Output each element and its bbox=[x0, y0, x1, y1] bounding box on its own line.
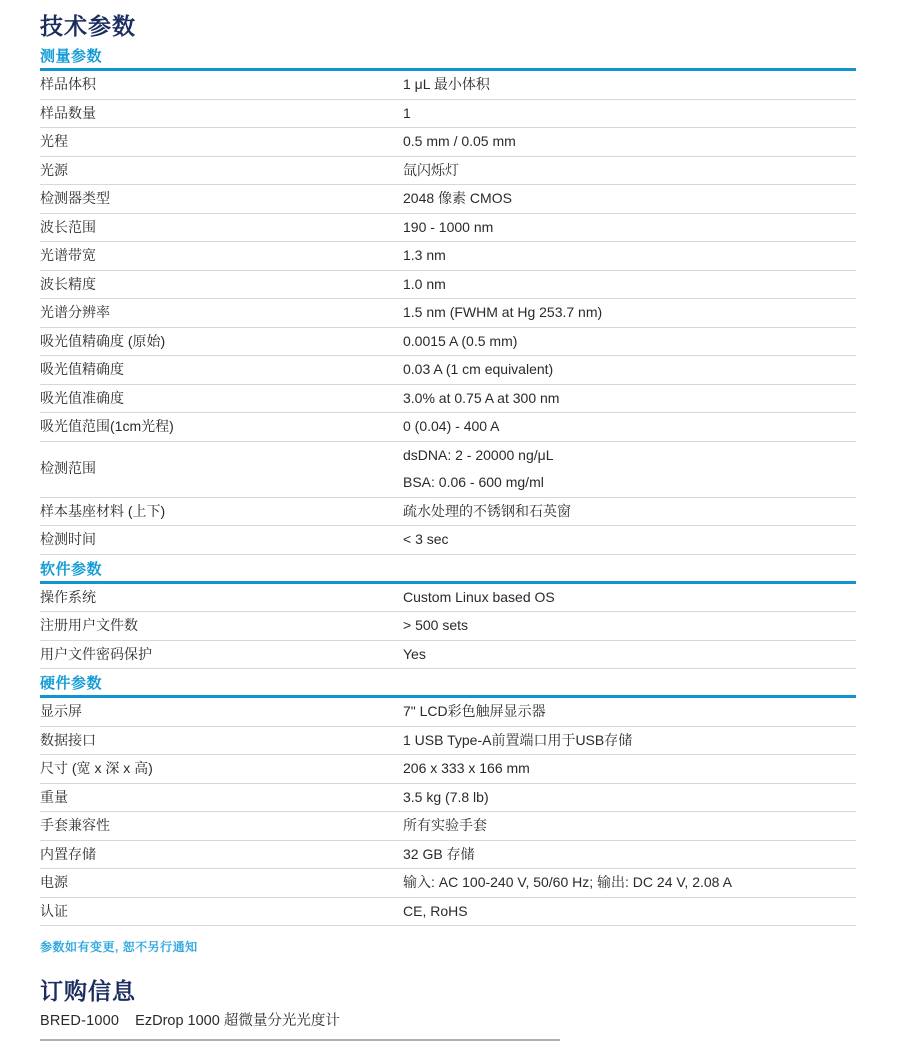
spec-row: 样品数量1 bbox=[40, 100, 856, 129]
spec-value-line: 1 bbox=[403, 100, 856, 128]
spec-row: 认证CE, RoHS bbox=[40, 898, 856, 927]
spec-value: Yes bbox=[403, 641, 856, 669]
spec-label: 认证 bbox=[40, 898, 403, 926]
section-hardware-header: 硬件参数 bbox=[40, 675, 856, 698]
spec-value-line: 1 μL 最小体积 bbox=[403, 71, 856, 99]
spec-label: 尺寸 (宽 x 深 x 高) bbox=[40, 755, 403, 783]
spec-label: 波长范围 bbox=[40, 214, 403, 242]
spec-label: 吸光值精确度 (原始) bbox=[40, 328, 403, 356]
spec-row: 重量3.5 kg (7.8 lb) bbox=[40, 784, 856, 813]
spec-row: 光程0.5 mm / 0.05 mm bbox=[40, 128, 856, 157]
spec-value: 所有实验手套 bbox=[403, 812, 856, 840]
spec-value-line: Custom Linux based OS bbox=[403, 584, 856, 612]
spec-label: 光源 bbox=[40, 157, 403, 185]
spec-value-line: 1.0 nm bbox=[403, 271, 856, 299]
spec-value: 0 (0.04) - 400 A bbox=[403, 413, 856, 441]
spec-label: 检测范围 bbox=[40, 455, 403, 483]
spec-value: 7" LCD彩色触屏显示器 bbox=[403, 698, 856, 726]
spec-row: 操作系统Custom Linux based OS bbox=[40, 584, 856, 613]
spec-value: dsDNA: 2 - 20000 ng/μLBSA: 0.06 - 600 mg… bbox=[403, 442, 856, 497]
spec-value: 1 μL 最小体积 bbox=[403, 71, 856, 99]
spec-row: 检测范围dsDNA: 2 - 20000 ng/μLBSA: 0.06 - 60… bbox=[40, 442, 856, 498]
change-without-notice-note: 参数如有变更, 恕不另行通知 bbox=[40, 938, 856, 955]
spec-value: 3.0% at 0.75 A at 300 nm bbox=[403, 385, 856, 413]
spec-value-line: 0.0015 A (0.5 mm) bbox=[403, 328, 856, 356]
ordering-info-title: 订购信息 bbox=[40, 977, 856, 1005]
spec-value: 206 x 333 x 166 mm bbox=[403, 755, 856, 783]
spec-value-line: 190 - 1000 nm bbox=[403, 214, 856, 242]
spec-row: 波长精度1.0 nm bbox=[40, 271, 856, 300]
spec-value: 1.0 nm bbox=[403, 271, 856, 299]
spec-value: Custom Linux based OS bbox=[403, 584, 856, 612]
spec-row: 内置存储32 GB 存储 bbox=[40, 841, 856, 870]
spec-value-line: 所有实验手套 bbox=[403, 812, 856, 840]
spec-row: 光谱分辨率1.5 nm (FWHM at Hg 253.7 nm) bbox=[40, 299, 856, 328]
spec-value-line: 1.5 nm (FWHM at Hg 253.7 nm) bbox=[403, 299, 856, 327]
spec-label: 注册用户文件数 bbox=[40, 612, 403, 640]
spec-sheet-page: 技术参数 测量参数 样品体积1 μL 最小体积样品数量1光程0.5 mm / 0… bbox=[0, 0, 900, 1044]
software-spec-table: 操作系统Custom Linux based OS注册用户文件数> 500 se… bbox=[40, 584, 856, 670]
spec-row: 吸光值准确度3.0% at 0.75 A at 300 nm bbox=[40, 385, 856, 414]
spec-value: 3.5 kg (7.8 lb) bbox=[403, 784, 856, 812]
section-software: 软件参数 操作系统Custom Linux based OS注册用户文件数> 5… bbox=[40, 561, 856, 670]
spec-value: 0.5 mm / 0.05 mm bbox=[403, 128, 856, 156]
spec-value-line: 疏水处理的不锈钢和石英窗 bbox=[403, 498, 856, 526]
spec-value: 190 - 1000 nm bbox=[403, 214, 856, 242]
spec-label: 吸光值精确度 bbox=[40, 356, 403, 384]
ordering-item-row: BRED-1000EzDrop 1000 超微量分光光度计 bbox=[40, 1011, 856, 1032]
spec-value-line: 0.03 A (1 cm equivalent) bbox=[403, 356, 856, 384]
spec-row: 光源氙闪烁灯 bbox=[40, 157, 856, 186]
spec-row: 显示屏7" LCD彩色触屏显示器 bbox=[40, 698, 856, 727]
spec-value-line: 3.5 kg (7.8 lb) bbox=[403, 784, 856, 812]
spec-row: 尺寸 (宽 x 深 x 高)206 x 333 x 166 mm bbox=[40, 755, 856, 784]
spec-row: 吸光值范围(1cm光程)0 (0.04) - 400 A bbox=[40, 413, 856, 442]
spec-row: 样品体积1 μL 最小体积 bbox=[40, 71, 856, 100]
spec-value-line: 1 USB Type-A前置端口用于USB存储 bbox=[403, 727, 856, 755]
spec-label: 光谱带宽 bbox=[40, 242, 403, 270]
spec-row: 检测器类型2048 像素 CMOS bbox=[40, 185, 856, 214]
spec-value-line: Yes bbox=[403, 641, 856, 669]
spec-value: < 3 sec bbox=[403, 526, 856, 554]
ordering-divider bbox=[40, 1039, 560, 1041]
spec-label: 检测器类型 bbox=[40, 185, 403, 213]
spec-value: 疏水处理的不锈钢和石英窗 bbox=[403, 498, 856, 526]
spec-row: 数据接口1 USB Type-A前置端口用于USB存储 bbox=[40, 727, 856, 756]
spec-value: 32 GB 存储 bbox=[403, 841, 856, 869]
spec-row: 吸光值精确度0.03 A (1 cm equivalent) bbox=[40, 356, 856, 385]
section-measurement-header: 测量参数 bbox=[40, 48, 856, 71]
spec-row: 检测时间< 3 sec bbox=[40, 526, 856, 555]
spec-value-line: dsDNA: 2 - 20000 ng/μL bbox=[403, 442, 856, 470]
section-measurement: 测量参数 样品体积1 μL 最小体积样品数量1光程0.5 mm / 0.05 m… bbox=[40, 48, 856, 555]
spec-value-line: CE, RoHS bbox=[403, 898, 856, 926]
spec-label: 电源 bbox=[40, 869, 403, 897]
spec-label: 操作系统 bbox=[40, 584, 403, 612]
spec-label: 用户文件密码保护 bbox=[40, 641, 403, 669]
spec-value: 1.3 nm bbox=[403, 242, 856, 270]
spec-label: 波长精度 bbox=[40, 271, 403, 299]
spec-label: 样品体积 bbox=[40, 71, 403, 99]
spec-value: > 500 sets bbox=[403, 612, 856, 640]
spec-row: 光谱带宽1.3 nm bbox=[40, 242, 856, 271]
spec-label: 光程 bbox=[40, 128, 403, 156]
spec-row: 手套兼容性所有实验手套 bbox=[40, 812, 856, 841]
spec-label: 数据接口 bbox=[40, 727, 403, 755]
spec-value-line: 2048 像素 CMOS bbox=[403, 185, 856, 213]
tech-parameters-title: 技术参数 bbox=[40, 12, 856, 40]
spec-value: 2048 像素 CMOS bbox=[403, 185, 856, 213]
spec-value: 输入: AC 100-240 V, 50/60 Hz; 输出: DC 24 V,… bbox=[403, 869, 856, 897]
spec-label: 内置存储 bbox=[40, 841, 403, 869]
spec-row: 样本基座材料 (上下)疏水处理的不锈钢和石英窗 bbox=[40, 498, 856, 527]
spec-value-line: 氙闪烁灯 bbox=[403, 157, 856, 185]
spec-value: 0.0015 A (0.5 mm) bbox=[403, 328, 856, 356]
spec-label: 吸光值准确度 bbox=[40, 385, 403, 413]
spec-value: 1 bbox=[403, 100, 856, 128]
spec-label: 检测时间 bbox=[40, 526, 403, 554]
spec-value: 1 USB Type-A前置端口用于USB存储 bbox=[403, 727, 856, 755]
spec-value: 0.03 A (1 cm equivalent) bbox=[403, 356, 856, 384]
spec-label: 光谱分辨率 bbox=[40, 299, 403, 327]
section-hardware: 硬件参数 显示屏7" LCD彩色触屏显示器数据接口1 USB Type-A前置端… bbox=[40, 675, 856, 926]
spec-value-line: 3.0% at 0.75 A at 300 nm bbox=[403, 385, 856, 413]
spec-value: 氙闪烁灯 bbox=[403, 157, 856, 185]
spec-row: 电源输入: AC 100-240 V, 50/60 Hz; 输出: DC 24 … bbox=[40, 869, 856, 898]
spec-value-line: BSA: 0.06 - 600 mg/ml bbox=[403, 469, 856, 497]
spec-row: 吸光值精确度 (原始)0.0015 A (0.5 mm) bbox=[40, 328, 856, 357]
spec-value-line: < 3 sec bbox=[403, 526, 856, 554]
spec-label: 吸光值范围(1cm光程) bbox=[40, 413, 403, 441]
spec-value-line: 1.3 nm bbox=[403, 242, 856, 270]
spec-value-line: 0 (0.04) - 400 A bbox=[403, 413, 856, 441]
ordering-product-name: EzDrop 1000 超微量分光光度计 bbox=[135, 1013, 340, 1029]
spec-value-line: 7" LCD彩色触屏显示器 bbox=[403, 698, 856, 726]
spec-label: 重量 bbox=[40, 784, 403, 812]
section-software-header: 软件参数 bbox=[40, 561, 856, 584]
spec-value-line: 输入: AC 100-240 V, 50/60 Hz; 输出: DC 24 V,… bbox=[403, 869, 856, 897]
spec-row: 波长范围190 - 1000 nm bbox=[40, 214, 856, 243]
spec-value-line: > 500 sets bbox=[403, 612, 856, 640]
spec-row: 用户文件密码保护Yes bbox=[40, 641, 856, 670]
spec-label: 显示屏 bbox=[40, 698, 403, 726]
measurement-spec-table: 样品体积1 μL 最小体积样品数量1光程0.5 mm / 0.05 mm光源氙闪… bbox=[40, 71, 856, 555]
spec-row: 注册用户文件数> 500 sets bbox=[40, 612, 856, 641]
spec-label: 样本基座材料 (上下) bbox=[40, 498, 403, 526]
spec-value: 1.5 nm (FWHM at Hg 253.7 nm) bbox=[403, 299, 856, 327]
spec-label: 样品数量 bbox=[40, 100, 403, 128]
spec-value-line: 0.5 mm / 0.05 mm bbox=[403, 128, 856, 156]
spec-label: 手套兼容性 bbox=[40, 812, 403, 840]
hardware-spec-table: 显示屏7" LCD彩色触屏显示器数据接口1 USB Type-A前置端口用于US… bbox=[40, 698, 856, 926]
spec-value-line: 32 GB 存储 bbox=[403, 841, 856, 869]
spec-value-line: 206 x 333 x 166 mm bbox=[403, 755, 856, 783]
spec-value: CE, RoHS bbox=[403, 898, 856, 926]
ordering-model-number: BRED-1000 bbox=[40, 1013, 119, 1029]
